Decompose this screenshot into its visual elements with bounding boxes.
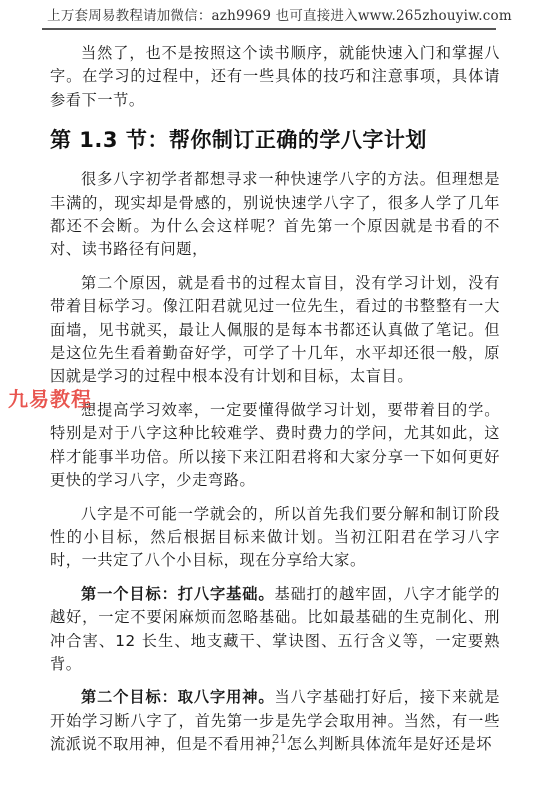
paragraph: 第二个原因，就是看书的过程太盲目，没有学习计划，没有带着目标学习。像江阳君就见过… — [50, 272, 500, 389]
header-divider — [42, 28, 496, 30]
section-title: 第 1.3 节：帮你制订正确的学八字计划 — [50, 124, 500, 154]
goal-paragraph: 第二个目标：取八字用神。当八字基础打好后，接下来就是开始学习断八字了，首先第一步… — [50, 686, 500, 756]
page-header: 上万套周易教程请加微信：azh9969 也可直接进入www.265zhouyiw… — [0, 4, 559, 24]
goal-paragraph: 第一个目标：打八字基础。基础打的越牢固，八字才能学的越好，一定不要闲麻烦而忽略基… — [50, 583, 500, 677]
page-body: 当然了，也不是按照这个读书顺序，就能快速入门和掌握八字。在学习的过程中，还有一些… — [50, 42, 500, 757]
goal-label: 第二个目标：取八字用神。 — [81, 688, 275, 706]
paragraph: 八字是不可能一学就会的，所以首先我们要分解和制订阶段性的小目标，然后根据目标来做… — [50, 503, 500, 573]
paragraph: 很多八字初学者都想寻求一种快速学八字的方法。但理想是丰满的，现实却是骨感的，别说… — [50, 168, 500, 262]
page-number: 21 — [0, 732, 559, 746]
paragraph: 想提高学习效率，一定要懂得做学习计划，要带着目的学。特别是对于八字这种比较难学、… — [50, 399, 500, 493]
goal-label: 第一个目标：打八字基础。 — [81, 585, 275, 603]
intro-paragraph: 当然了，也不是按照这个读书顺序，就能快速入门和掌握八字。在学习的过程中，还有一些… — [50, 42, 500, 112]
watermark-logo: 九易教程 — [8, 383, 92, 412]
